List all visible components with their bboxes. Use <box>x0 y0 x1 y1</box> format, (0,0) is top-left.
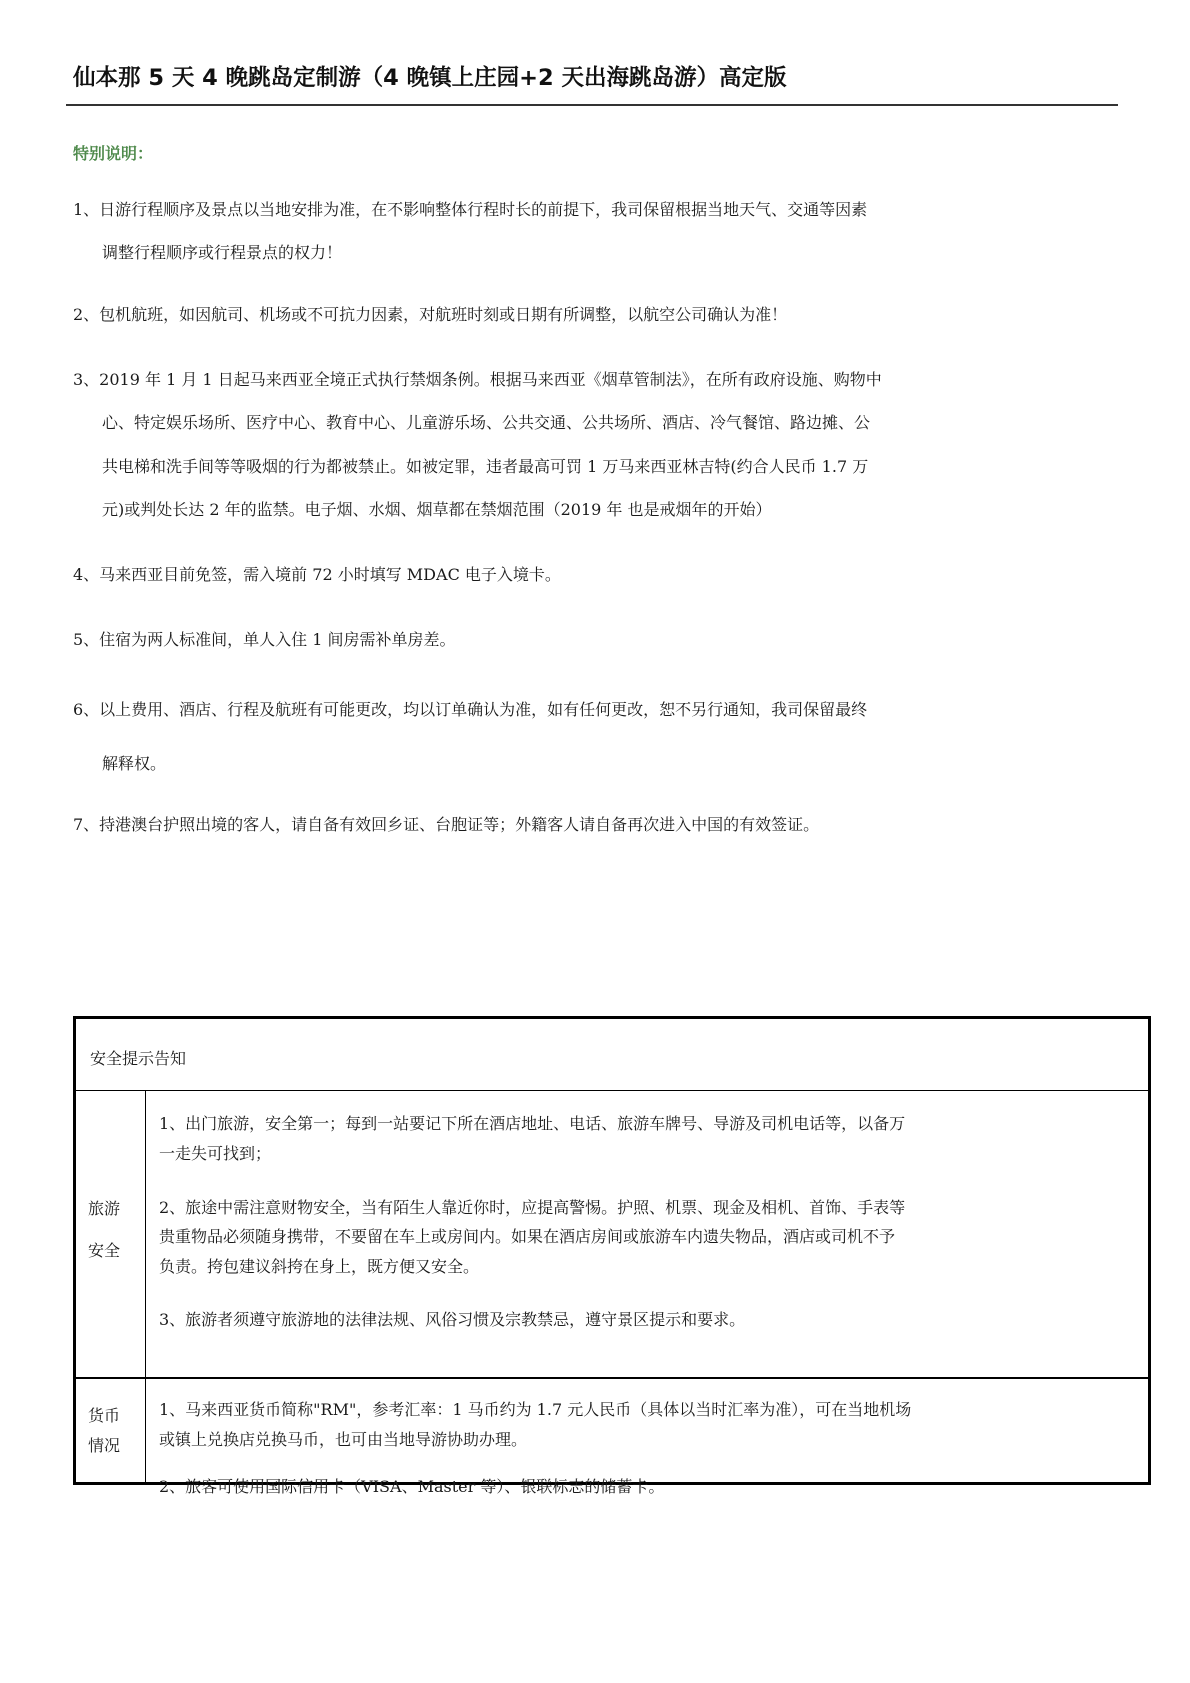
note-line: 心、特定娱乐场所、医疗中心、教育中心、儿童游乐场、公共交通、公共场所、酒店、冷气… <box>102 413 870 433</box>
table-header-label: 安全提示告知 <box>90 1046 186 1069</box>
row-label-line: 安全 <box>88 1241 120 1261</box>
note-line: 2、包机航班，如因航司、机场或不可抗力因素，对航班时刻或日期有所调整，以航空公司… <box>73 305 787 325</box>
note-line: 4、马来西亚目前免签，需入境前 72 小时填写 MDAC 电子入境卡。 <box>73 565 561 585</box>
title-divider <box>66 104 1118 106</box>
note-line: 调整行程顺序或行程景点的权力！ <box>102 243 342 263</box>
row-label-line: 货币 <box>88 1406 120 1426</box>
note-line: 3、2019 年 1 月 1 日起马来西亚全境正式执行禁烟条例。根据马来西亚《烟… <box>73 370 882 390</box>
row-content: 1、马来西亚货币简称"RM"，参考汇率：1 马币约为 1.7 元人民币（具体以当… <box>159 1379 1139 1482</box>
cell-line: 1、马来西亚货币简称"RM"，参考汇率：1 马币约为 1.7 元人民币（具体以当… <box>159 1400 911 1420</box>
note-line: 5、住宿为两人标准间，单人入住 1 间房需补单房差。 <box>73 630 456 650</box>
note-line: 共电梯和洗手间等等吸烟的行为都被禁止。如被定罪，违者最高可罚 1 万马来西亚林吉… <box>102 457 868 477</box>
cell-line: 负责。挎包建议斜挎在身上，既方便又安全。 <box>159 1257 479 1277</box>
row-label-line: 旅游 <box>88 1199 120 1219</box>
cell-line: 或镇上兑换店兑换马币，也可由当地导游协助办理。 <box>159 1430 527 1450</box>
note-line: 6、以上费用、酒店、行程及航班有可能更改，均以订单确认为准，如有任何更改，恕不另… <box>73 700 867 720</box>
cell-line: 2、旅途中需注意财物安全，当有陌生人靠近你时，应提高警惕。护照、机票、现金及相机… <box>159 1198 905 1218</box>
note-line: 1、日游行程顺序及景点以当地安排为准，在不影响整体行程时长的前提下，我司保留根据… <box>73 200 867 220</box>
row-label-cell: 旅游 安全 <box>76 1091 146 1377</box>
table-header: 安全提示告知 <box>76 1019 1148 1091</box>
note-line: 元)或判处长达 2 年的监禁。电子烟、水烟、烟草都在禁烟范围（2019 年 也是… <box>102 500 772 520</box>
cell-line: 3、旅游者须遵守旅游地的法律法规、风俗习惯及宗教禁忌，遵守景区提示和要求。 <box>159 1310 745 1330</box>
cell-line: 一走失可找到； <box>159 1144 271 1164</box>
cell-line: 1、出门旅游，安全第一；每到一站要记下所在酒店地址、电话、旅游车牌号、导游及司机… <box>159 1114 905 1134</box>
row-content: 1、出门旅游，安全第一；每到一站要记下所在酒店地址、电话、旅游车牌号、导游及司机… <box>159 1091 1139 1377</box>
special-notes-heading: 特别说明： <box>73 141 153 164</box>
safety-notice-table: 安全提示告知 旅游 安全 1、出门旅游，安全第一；每到一站要记下所在酒店地址、电… <box>73 1016 1151 1485</box>
row-label-line: 情况 <box>88 1436 120 1456</box>
page-title: 仙本那 5 天 4 晚跳岛定制游（4 晚镇上庄园+2 天出海跳岛游）高定版 <box>73 60 786 92</box>
row-label-cell: 货币 情况 <box>76 1379 146 1482</box>
note-line: 解释权。 <box>102 754 166 774</box>
table-row-travel-safety: 旅游 安全 1、出门旅游，安全第一；每到一站要记下所在酒店地址、电话、旅游车牌号… <box>76 1091 1148 1379</box>
table-row-currency: 货币 情况 1、马来西亚货币简称"RM"，参考汇率：1 马币约为 1.7 元人民… <box>76 1379 1148 1482</box>
note-line: 7、持港澳台护照出境的客人，请自备有效回乡证、台胞证等；外籍客人请自备再次进入中… <box>73 815 819 835</box>
cell-line: 2、旅客可使用国际信用卡（VISA、Master 等）、银联标志的储蓄卡。 <box>159 1477 664 1497</box>
cell-line: 贵重物品必须随身携带，不要留在车上或房间内。如果在酒店房间或旅游车内遗失物品，酒… <box>159 1227 895 1247</box>
